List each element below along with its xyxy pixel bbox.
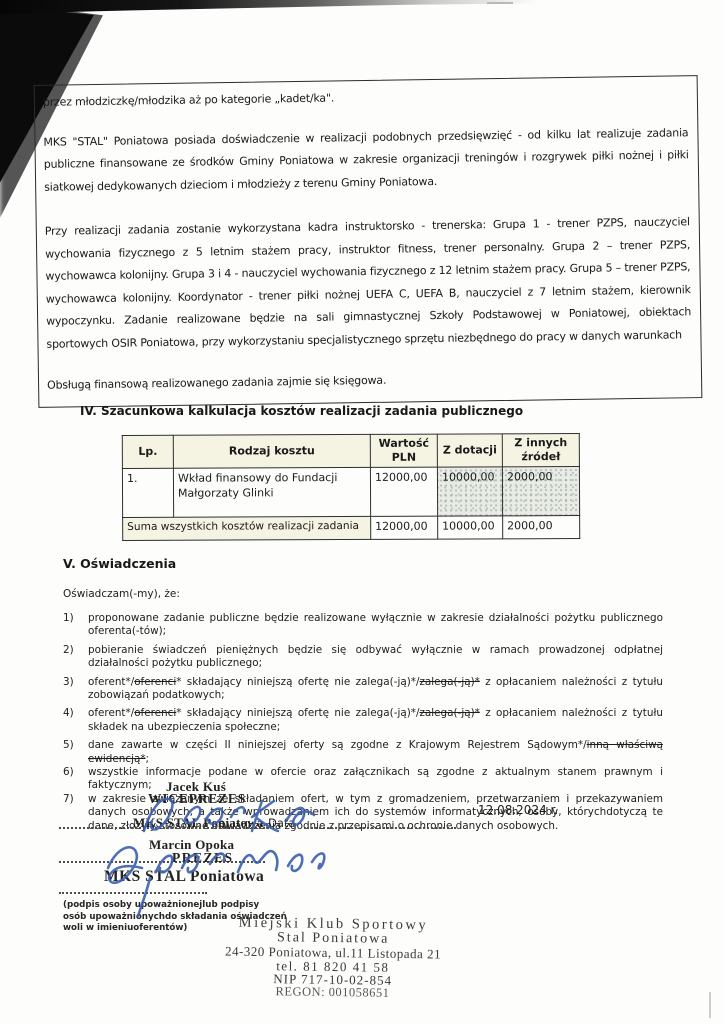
date-dotted-line — [304, 824, 456, 829]
declaration-number: 3) — [63, 676, 88, 703]
club-address-stamp: Miejski Klub Sportowy Stal Poniatowa 24-… — [167, 914, 498, 1002]
cost-value-cell: 12000,00 — [370, 467, 437, 516]
cost-name-cell: Wkład finansowy do Fundacji Małgorzaty G… — [173, 467, 370, 517]
declaration-number: 1) — [63, 612, 88, 639]
declaration-text: dane zawarte w części II niniejszej ofer… — [88, 739, 663, 766]
declaration-number: 6) — [63, 766, 88, 793]
declaration-text: oferent*/oferenci* składający niniejszą … — [88, 676, 663, 703]
col-header-other-sources: Z innych źródeł — [502, 434, 579, 467]
declaration-item: 2)pobieranie świadczeń pieniężnych będzi… — [63, 644, 663, 671]
cost-table-row: 1. Wkład finansowy do Fundacji Małgorzat… — [122, 467, 579, 518]
col-header-from-grant: Z dotacji — [437, 434, 502, 467]
handwritten-signature-1 — [136, 791, 326, 839]
scan-artifact-line — [487, 2, 513, 4]
scan-artifact-line — [709, 992, 711, 1018]
intro-paragraph-3: Przy realizacji zadania zostanie wykorzy… — [45, 211, 692, 356]
summary-value-cell: 12000,00 — [371, 516, 438, 539]
intro-paragraph-4: Obsługą finansową realizowanego zadania … — [47, 365, 692, 397]
cost-other-cell: 2000,00 — [502, 467, 579, 516]
section-5-heading: V. Oświadczenia — [63, 556, 176, 571]
cost-lp-cell: 1. — [122, 468, 173, 517]
summary-grant-cell: 10000,00 — [438, 516, 503, 539]
col-header-cost-type: Rodzaj kosztu — [173, 434, 370, 468]
summary-other-cell: 2000,00 — [503, 516, 580, 539]
date-value: 12.08.2024 r. — [478, 803, 558, 817]
declaration-item: 6)wszystkie informacje podane w ofercie … — [63, 766, 663, 793]
declaration-number: 4) — [63, 707, 88, 734]
declaration-text: pobieranie świadczeń pieniężnych będzie … — [88, 644, 663, 671]
cost-table-header-row: Lp. Rodzaj kosztu Wartość PLN Z dotacji … — [122, 434, 579, 469]
declarations-intro: Oświadczam(-my), że: — [63, 588, 180, 600]
col-header-value-pln: Wartość PLN — [370, 434, 437, 467]
declaration-item: 1)proponowane zadanie publiczne będzie r… — [63, 612, 663, 639]
cost-table-summary-row: Suma wszystkich kosztów realizacji zadan… — [123, 516, 580, 541]
col-header-lp: Lp. — [122, 435, 173, 468]
cost-table: Lp. Rodzaj kosztu Wartość PLN Z dotacji … — [122, 433, 580, 541]
declaration-item: 4)oferent*/oferenci* składający niniejsz… — [63, 707, 663, 734]
summary-label-cell: Suma wszystkich kosztów realizacji zadan… — [123, 516, 371, 540]
handwritten-signature-2 — [98, 838, 338, 920]
section-4-heading: IV. Szacunkowa kalkulacja kosztów realiz… — [80, 404, 523, 418]
declaration-item: 5)dane zawarte w części II niniejszej of… — [63, 739, 663, 766]
narrative-text-box: przez młodziczkę/młodzika aż po kategori… — [34, 75, 703, 407]
declaration-text: oferent*/oferenci* składający niniejszą … — [88, 707, 663, 734]
intro-paragraph-1: przez młodziczkę/młodzika aż po kategori… — [43, 82, 688, 114]
declaration-number: 5) — [63, 739, 88, 766]
cost-grant-cell: 10000,00 — [437, 467, 502, 516]
declaration-number: 2) — [63, 644, 88, 671]
declaration-item: 3)oferent*/oferenci* składający niniejsz… — [63, 676, 663, 703]
scanned-document-page: przez młodziczkę/młodzika aż po kategori… — [0, 0, 724, 1024]
declaration-text: proponowane zadanie publiczne będzie rea… — [88, 612, 663, 639]
intro-paragraph-2: MKS "STAL" Poniatowa posiada doświadczen… — [43, 122, 689, 199]
